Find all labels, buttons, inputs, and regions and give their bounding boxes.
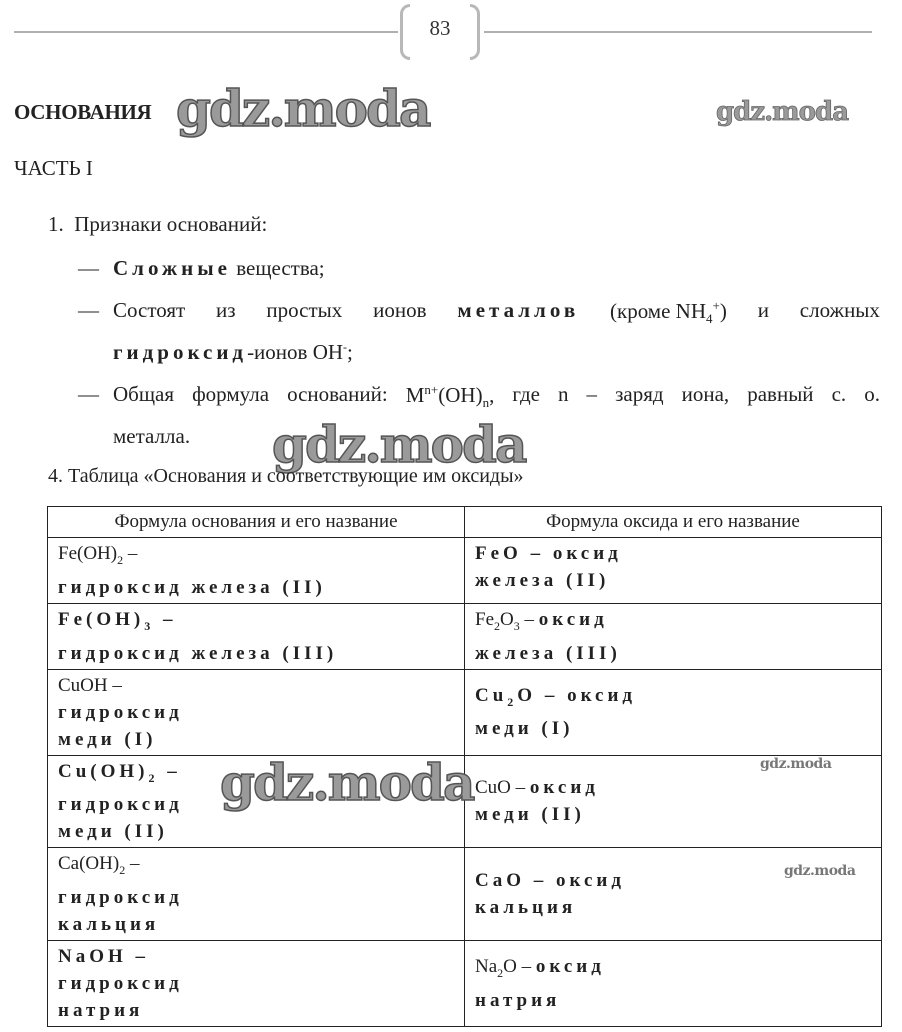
oxide-cell: Na2O – оксиднатрия [465,941,882,1027]
list-item: Общая формула оснований: Mn+(OH)n, где n… [113,382,880,411]
base-name: гидроксид железа (III) [58,643,337,664]
column-header: Формула оксида и его название [465,507,882,538]
base-cell: Fe(OH)2 –гидроксид железа (II) [48,538,465,604]
table-row: NaOH –гидроксиднатрия Na2O – оксиднатрия [48,941,882,1027]
oxide-cell: Fe2O3 – оксиджелеза (III) [465,603,882,669]
watermark: gdz.moda [176,84,429,134]
word: о. [864,382,880,411]
word: сложных [800,298,880,327]
word: простых [266,298,342,327]
watermark: gdz.moda [716,99,848,125]
page-number-box: 83 [400,4,480,60]
word: с. [832,382,847,411]
dash-bullet: — [78,298,99,323]
word: Состоят [113,298,185,327]
watermark: gdz.moda [784,864,855,878]
part-heading: ЧАСТЬ I [14,156,93,181]
list-item: Сложные вещества; [113,256,325,281]
word: ионов [373,298,426,327]
oxide-name-tail: железа (II) [475,570,609,591]
watermark: gdz.moda [760,757,831,771]
word: заряд [615,382,663,411]
dash-bullet: — [78,382,99,407]
word: Общая [113,382,174,411]
word: – [587,382,598,411]
table-row: Fe(OH)3 –гидроксид железа (III) Fe2O3 – … [48,603,882,669]
table-row: Fe(OH)2 –гидроксид железа (II) FeO – окс… [48,538,882,604]
item-text: -ионов OH-; [247,340,353,364]
base-cell: Ca(OH)2 –гидроксидкальция [48,848,465,941]
bold-term: гидроксид [113,340,247,364]
word: иона, [682,382,730,411]
section-title: Признаки оснований: [74,212,267,236]
base-cell: CuOH –гидроксидмеди (I) [48,669,465,755]
watermark: gdz.moda [220,758,473,808]
section-4-heading: 4. Таблица «Основания и соответствующие … [48,465,524,488]
oxide-formula: FeO – оксид [475,543,622,564]
oxide-cell: FeO – оксиджелеза (II) [465,538,882,604]
word: формула [192,382,269,411]
dash-bullet: — [78,256,99,281]
oxide-cell: CaO – оксидкальция [465,848,882,941]
page-title: ОСНОВАНИЯ [14,100,151,125]
oxide-cell: Cu2O – оксидмеди (I) [465,669,882,755]
word: где [512,382,540,411]
section-1-heading: 1. Признаки оснований: [48,212,267,237]
formula-nh4: (кроме NH4+) [610,298,727,327]
table-row: CuOH –гидроксидмеди (I) Cu2O – оксидмеди… [48,669,882,755]
page-number: 83 [400,16,480,41]
table-row: Ca(OH)2 –гидроксидкальция CaO – оксидкал… [48,848,882,941]
general-formula: Mn+(OH)n, [406,382,495,411]
list-item: Состоят из простых ионов металлов (кроме… [113,298,880,327]
header-rule-right [484,31,872,33]
section-number: 1. [48,212,64,236]
word: из [216,298,236,327]
list-item-continuation: гидроксид-ионов OH-; [113,340,353,365]
word: оснований: [287,382,388,411]
word: n [558,382,569,411]
word: и [758,298,769,327]
column-header: Формула основания и его название [48,507,465,538]
watermark: gdz.moda [272,420,525,470]
table-header-row: Формула основания и его название Формула… [48,507,882,538]
bold-term: металлов [457,298,579,327]
bold-term: Сложные [113,256,231,280]
base-cell: NaOH –гидроксиднатрия [48,941,465,1027]
base-name: гидроксид железа (II) [58,577,326,598]
item-text: вещества; [236,256,324,280]
list-item-continuation: металла. [113,424,190,449]
header-rule-left [14,31,398,33]
word: равный [747,382,813,411]
base-cell: Fe(OH)3 –гидроксид железа (III) [48,603,465,669]
